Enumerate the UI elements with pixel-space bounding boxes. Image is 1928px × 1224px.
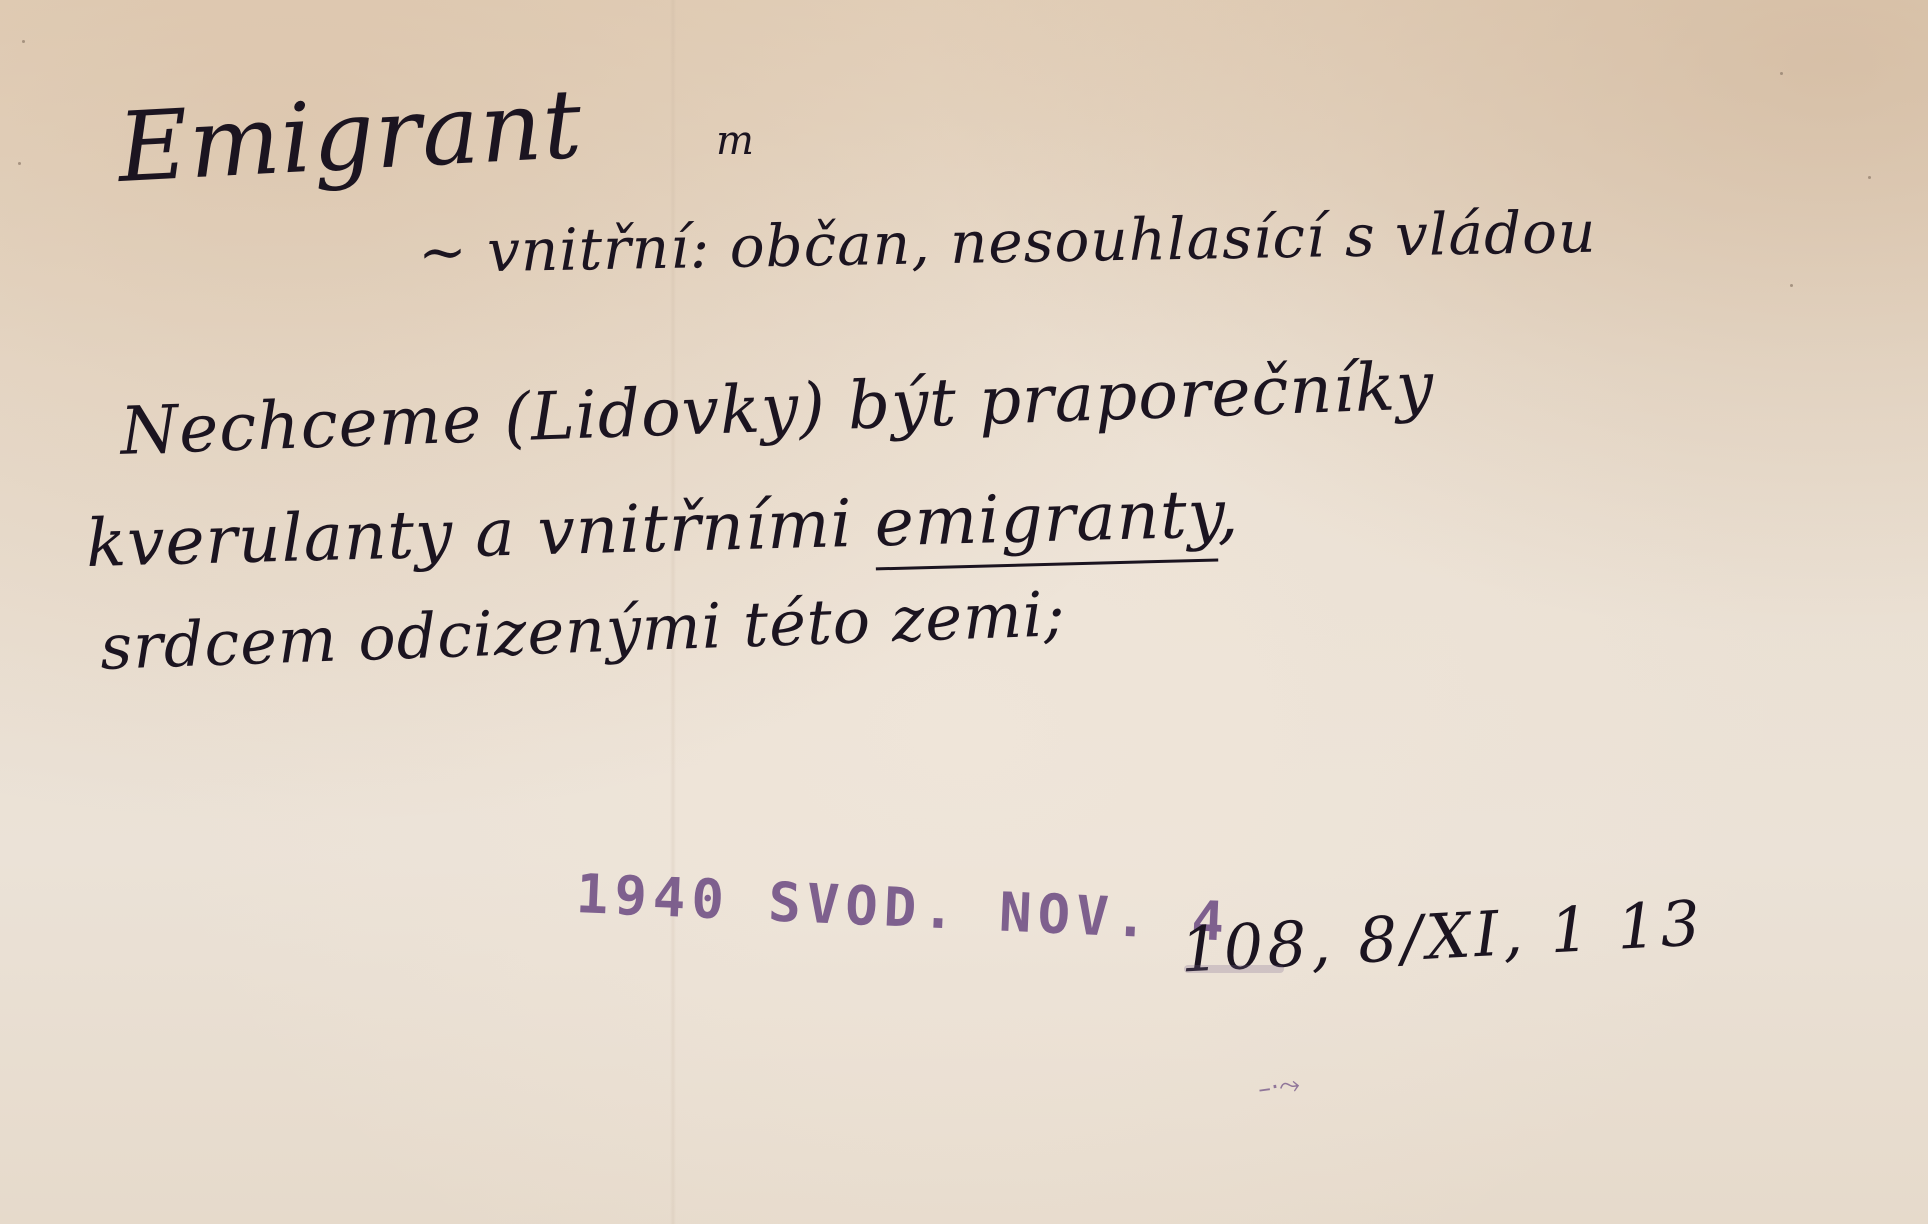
index-card: Emigrant m ~ vnitřní: občan, nesouhlasíc… <box>0 0 1928 1224</box>
underlined-headword: emigranty <box>874 475 1218 561</box>
definition-line: ~ vnitřní: občan, nesouhlasící s vládou <box>417 198 1596 287</box>
comma: , <box>1216 475 1240 553</box>
citation-line-3: srdcem odcizenými této zemi; <box>99 577 1067 684</box>
paper-speck <box>1868 176 1871 179</box>
citation-line-1: Nechceme (Lidovky) být praporečníky <box>119 347 1435 470</box>
headword: Emigrant <box>115 68 585 204</box>
paper-speck <box>18 162 21 165</box>
citation-line-2: kverulanty a vnitřními emigranty, <box>85 475 1240 582</box>
grammar-label: m <box>716 118 755 164</box>
paper-speck <box>1780 72 1783 75</box>
paper-speck <box>22 40 25 43</box>
citation-line-2-text: kverulanty a vnitřními <box>85 485 854 582</box>
paper-speck <box>1790 284 1793 287</box>
ink-smudge <box>1184 965 1284 973</box>
faint-stamp-mark: –·⤳ <box>1256 1069 1302 1106</box>
